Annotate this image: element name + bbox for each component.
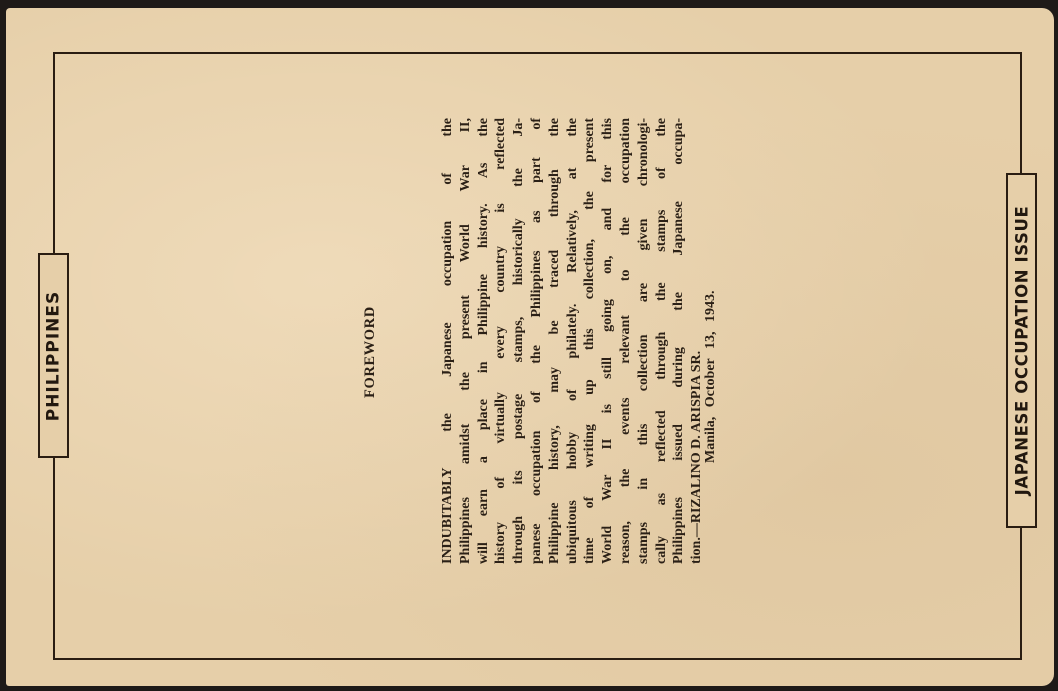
country-label: PHILIPPINES <box>44 290 64 421</box>
body-line: will earn a place in Philippine history.… <box>475 118 493 564</box>
issue-label: JAPANESE OCCUPATION ISSUE <box>1012 206 1031 496</box>
issue-label-box: JAPANESE OCCUPATION ISSUE <box>1006 173 1037 528</box>
body-line: cally as reflected through the stamps of… <box>653 118 671 564</box>
body-line: through its postage stamps, historically… <box>510 118 528 564</box>
body-line: Philippines issued during the Japanese o… <box>670 118 688 564</box>
body-line: history of virtually every country is re… <box>492 118 510 564</box>
country-label-box: PHILIPPINES <box>38 253 69 458</box>
body-line: World War II is still going on, and for … <box>599 118 617 564</box>
foreword-heading: FOREWORD <box>362 306 379 398</box>
body-line: reason, the events relevant to the occup… <box>617 118 635 564</box>
body-line: INDUBITABLY the Japanese occupation of t… <box>439 118 457 564</box>
body-line: panese occupation of the Philippines as … <box>528 118 546 564</box>
body-line: time of writing up this collection, the … <box>581 118 599 564</box>
body-line: ubiquitous hobby of philately. Relativel… <box>564 118 582 564</box>
foreword-body: INDUBITABLY the Japanese occupation of t… <box>439 118 706 564</box>
dateline: Manila, October 13, 1943. <box>703 290 719 463</box>
body-line: Philippines amidst the present World War… <box>457 118 475 564</box>
body-line: stamps in this collection are given chro… <box>635 118 653 564</box>
body-line: Philippine history, may be traced throug… <box>546 118 564 564</box>
